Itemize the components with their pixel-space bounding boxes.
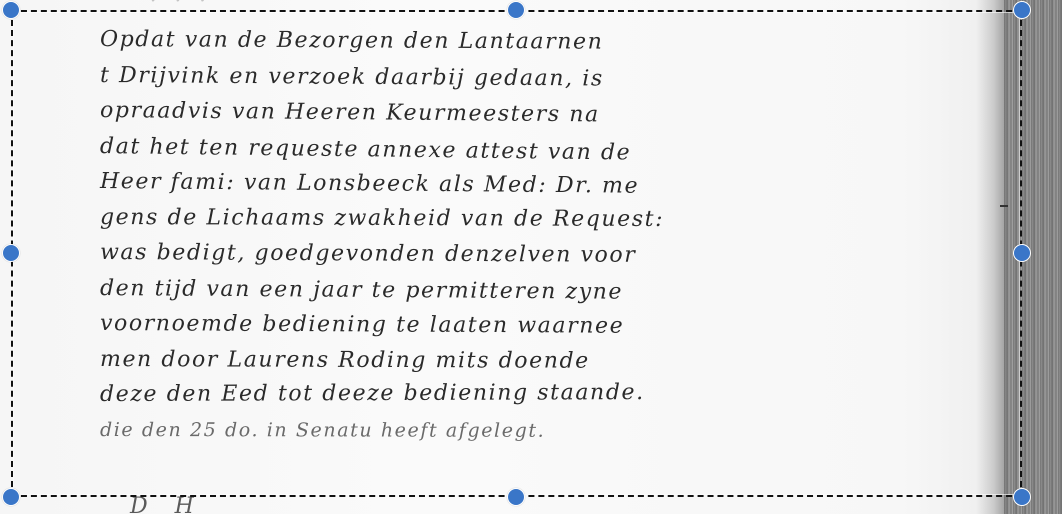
crop-handle-bottom-left[interactable]: [2, 488, 20, 506]
crop-handle-bottom-right[interactable]: [1013, 488, 1031, 506]
crop-handle-middle-left[interactable]: [2, 244, 20, 262]
crop-handle-middle-right[interactable]: [1013, 244, 1031, 262]
crop-selection-box[interactable]: [11, 10, 1022, 497]
crop-handle-top-center[interactable]: [507, 1, 525, 19]
crop-handle-bottom-center[interactable]: [507, 488, 525, 506]
crop-handle-top-right[interactable]: [1013, 1, 1031, 19]
bleed-through-text-top: · · ·: [150, 0, 450, 8]
crop-handle-top-left[interactable]: [2, 1, 20, 19]
next-entry-text-partial: D H: [130, 494, 830, 514]
